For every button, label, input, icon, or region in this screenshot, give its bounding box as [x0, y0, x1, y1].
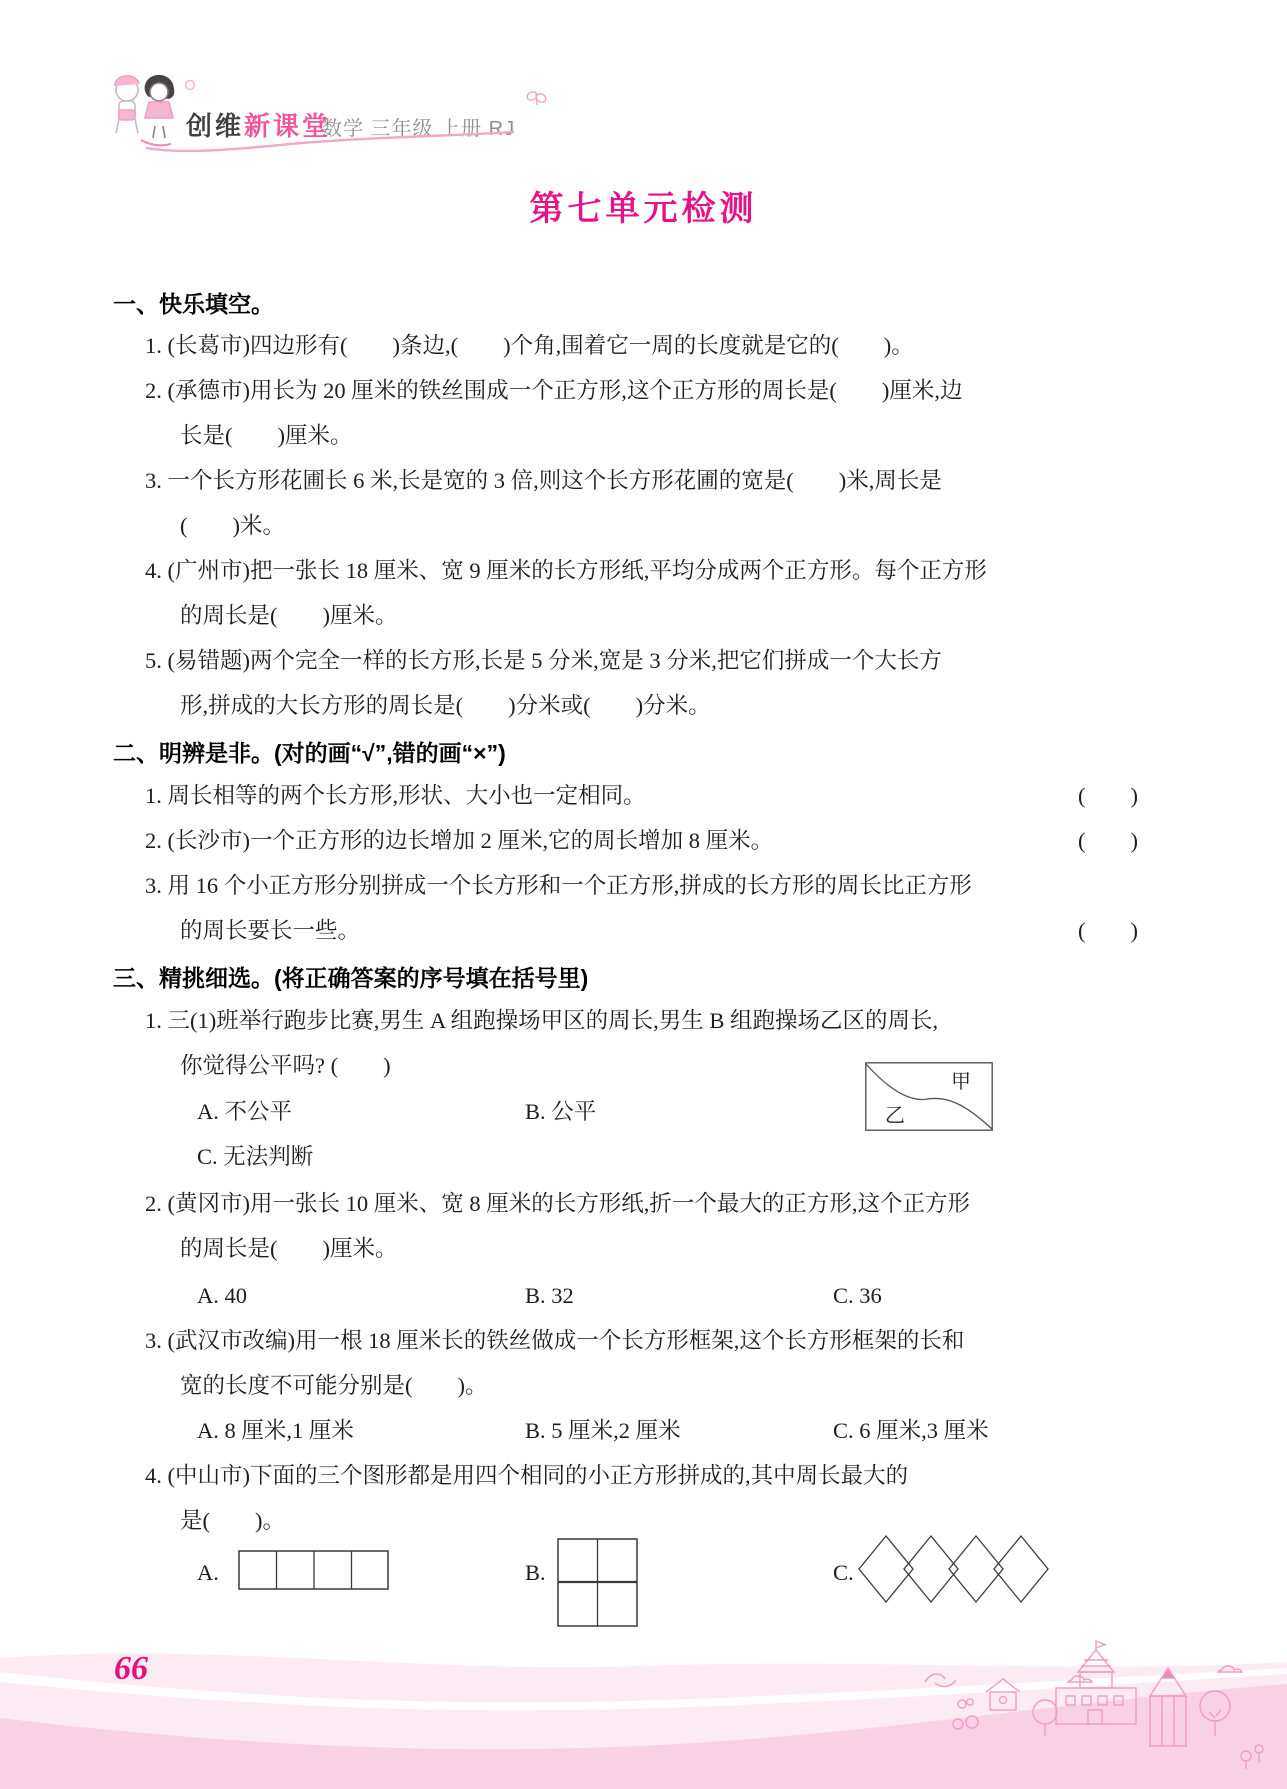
choice-q2-line1: 2. (黄冈市)用一张长 10 厘米、宽 8 厘米的长方形纸,折一个最大的正方形…: [145, 1189, 970, 1219]
judge-q2-text: 2. (长沙市)一个正方形的边长增加 2 厘米,它的周长增加 8 厘米。: [145, 826, 773, 856]
fill-q2-line2: 长是( )厘米。: [180, 421, 353, 451]
judge-q1-text: 1. 周长相等的两个长方形,形状、大小也一定相同。: [145, 781, 646, 811]
choice-q2-option-b: B. 32: [525, 1281, 574, 1311]
zone-jia-label: 甲: [951, 1071, 971, 1093]
fill-q4-line2: 的周长是( )厘米。: [180, 601, 398, 631]
judge-q3-text-line1: 3. 用 16 个小正方形分别拼成一个长方形和一个正方形,拼成的长方形的周长比正…: [145, 871, 972, 901]
fill-q3-line1: 3. 一个长方形花圃长 6 米,长是宽的 3 倍,则这个长方形花圃的宽是( )米…: [145, 466, 942, 496]
fill-q2-line1: 2. (承德市)用长为 20 厘米的铁丝围成一个正方形,这个正方形的周长是( )…: [145, 376, 962, 406]
choice-q1-option-c: C. 无法判断: [197, 1142, 313, 1172]
choice-q1-option-a: A. 不公平: [197, 1097, 292, 1127]
judge-q1-answer-paren: ( ): [1078, 781, 1138, 811]
shape-a-row-of-squares: [238, 1550, 390, 1591]
page-number: 66: [114, 1650, 148, 1688]
choice-q3-option-b: B. 5 厘米,2 厘米: [525, 1416, 681, 1446]
shape-b-square-grid: [557, 1538, 639, 1628]
fill-q4-line1: 4. (广州市)把一张长 18 厘米、宽 9 厘米的长方形纸,平均分成两个正方形…: [145, 556, 987, 586]
choice-q4-line1: 4. (中山市)下面的三个图形都是用四个相同的小正方形拼成的,其中周长最大的: [145, 1461, 908, 1491]
worksheet-page: 创维新课堂 数学 三年级 上册 RJ 第七单元检测 一、快乐填空。 1. (长葛…: [0, 0, 1287, 1789]
section-1-heading: 一、快乐填空。: [113, 286, 274, 319]
section-2-heading: 二、明辨是非。(对的画“√”,错的画“×”): [113, 735, 506, 768]
swoosh-underline: [140, 126, 520, 154]
section-3-heading: 三、精挑细选。(将正确答案的序号填在括号里): [113, 960, 588, 993]
shape-option-a-label: A.: [197, 1558, 219, 1588]
butterfly-icon: [524, 86, 550, 112]
choice-q3-line1: 3. (武汉市改编)用一根 18 厘米长的铁丝做成一个长方形框架,这个长方形框架…: [145, 1326, 964, 1356]
choice-q1-line1: 1. 三(1)班举行跑步比赛,男生 A 组跑操场甲区的周长,男生 B 组跑操场乙…: [145, 1006, 938, 1036]
choice-q1-line2: 你觉得公平吗? ( ): [180, 1051, 391, 1081]
playground-zones-diagram: 甲 乙: [865, 1062, 993, 1131]
zone-yi-label: 乙: [885, 1105, 905, 1127]
fill-q3-line2: ( )米。: [180, 511, 285, 541]
fill-q1-line: 1. (长葛市)四边形有( )条边,( )个角,围着它一周的长度就是它的( )。: [145, 331, 914, 361]
petal-icon: [183, 78, 197, 92]
choice-q2-option-c: C. 36: [833, 1281, 882, 1311]
choice-q2-line2: 的周长是( )厘米。: [180, 1234, 398, 1264]
choice-q1-option-b: B. 公平: [525, 1097, 596, 1127]
shape-option-c-label: C.: [833, 1558, 854, 1588]
choice-q2-option-a: A. 40: [197, 1281, 247, 1311]
shape-c-diamond-row: [856, 1534, 1054, 1604]
choice-q3-option-c: C. 6 厘米,3 厘米: [833, 1416, 989, 1446]
fill-q5-line1: 5. (易错题)两个完全一样的长方形,长是 5 分米,宽是 3 分米,把它们拼成…: [145, 646, 942, 676]
judge-q3-text-line2: 的周长要长一些。: [180, 916, 360, 946]
fill-q5-line2: 形,拼成的大长方形的周长是( )分米或( )分米。: [180, 691, 711, 721]
choice-q3-line2: 宽的长度不可能分别是( )。: [180, 1371, 488, 1401]
judge-q3-answer-paren: ( ): [1078, 916, 1138, 946]
choice-q4-line2: 是( )。: [180, 1506, 285, 1536]
judge-q2-answer-paren: ( ): [1078, 826, 1138, 856]
page-title: 第七单元检测: [0, 181, 1287, 230]
choice-q3-option-a: A. 8 厘米,1 厘米: [197, 1416, 354, 1446]
shape-option-b-label: B.: [525, 1558, 546, 1588]
footer-wave-decoration: [0, 1638, 1287, 1789]
